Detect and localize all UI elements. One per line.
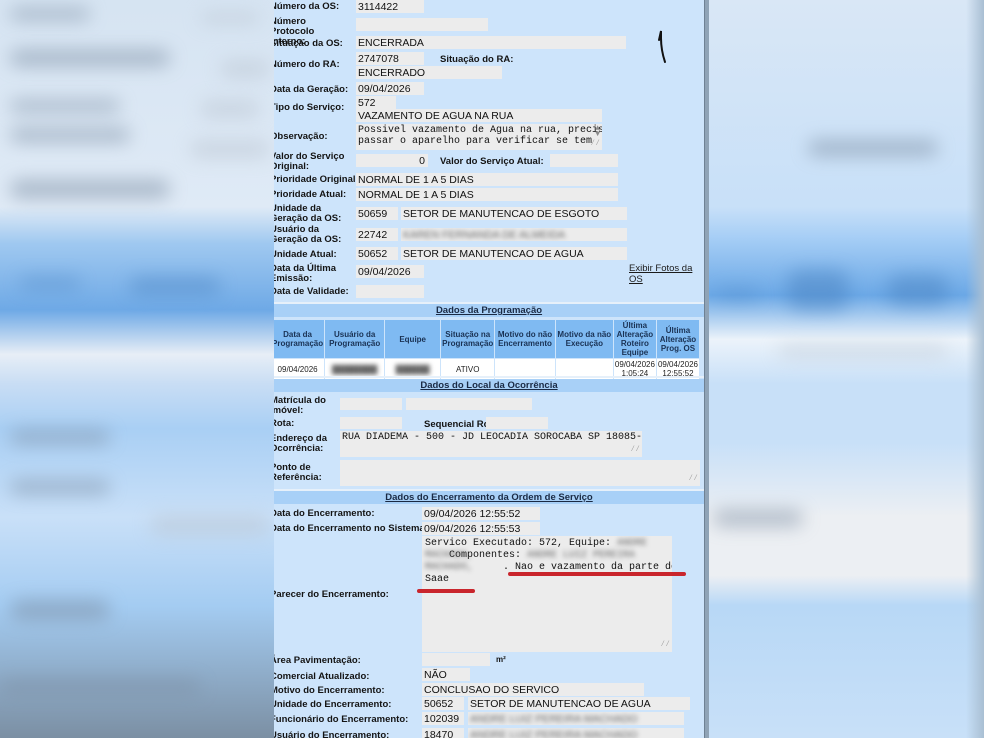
endereco-textarea[interactable]: RUA DIADEMA - 500 - JD LEOCADIA SOROCABA… <box>340 431 642 457</box>
observacao-line-1: Possivel vazamento de Agua na rua, preci… <box>358 125 600 136</box>
field-motivo-encerramento[interactable]: CONCLUSAO DO SERVICO <box>422 683 644 696</box>
label-data-geracao: Data da Geração: <box>274 85 348 95</box>
unit-m2: m² <box>496 655 506 664</box>
field-numero-os[interactable]: 3114422 <box>356 0 424 13</box>
section-header-encerramento: Dados do Encerramento da Ordem de Serviç… <box>274 491 704 504</box>
parecer-line-1: Servico Executado: 572, Equipe: ANDRE <box>425 538 669 550</box>
label-observacao: Observação: <box>274 132 328 142</box>
label-funcionario-encerramento: Funcionário do Encerramento: <box>274 715 408 725</box>
field-numero-protocolo[interactable] <box>356 18 488 31</box>
pen-mark-annotation <box>655 28 671 66</box>
label-usuario-geracao: Usuário da Geração da OS: <box>274 225 352 245</box>
label-data-encerramento: Data do Encerramento: <box>274 509 375 519</box>
window-border <box>704 0 709 738</box>
field-prioridade-original[interactable]: NORMAL DE 1 A 5 DIAS <box>356 173 618 186</box>
observacao-line-2: passar o aparelho para verificar se tem <box>358 136 600 147</box>
label-data-validade: Data de Validade: <box>274 287 349 297</box>
label-area-pavimentacao: Área Pavimentação: <box>274 656 361 666</box>
resize-grip-icon[interactable]: ⁄⁄ <box>660 639 670 651</box>
parecer-textarea[interactable]: Servico Executado: 572, Equipe: ANDRE MA… <box>422 536 672 652</box>
col-data-programacao: Data da Programação <box>274 320 325 359</box>
parecer-line-2: MACHADO, Componentes: ANDRE LUIZ PEREIRA <box>425 550 669 562</box>
field-unidade-encerramento[interactable]: SETOR DE MANUTENCAO DE AGUA <box>468 697 690 710</box>
field-unidade-geracao-code[interactable]: 50659 <box>356 207 398 220</box>
field-sequencial-rota[interactable] <box>486 417 548 429</box>
red-underline-annotation <box>417 589 475 593</box>
label-situacao-ra: Situação do RA: <box>440 54 513 65</box>
field-unidade-atual[interactable]: SETOR DE MANUTENCAO DE AGUA <box>401 247 627 260</box>
field-data-encerramento[interactable]: 09/04/2026 12:55:52 <box>422 507 540 520</box>
label-prioridade-atual: Prioridade Atual: <box>274 190 346 200</box>
field-situacao-os[interactable]: ENCERRADA <box>356 36 626 49</box>
label-rota: Rota: <box>274 419 294 429</box>
field-funcionario-encerramento-code[interactable]: 102039 <box>422 712 464 725</box>
os-detail-panel: Número da OS: 3114422 Número Protocolo I… <box>274 0 704 738</box>
scroll-arrows-icon[interactable]: ▲▼ <box>595 126 600 138</box>
field-area-pavimentacao[interactable] <box>422 653 490 666</box>
label-parecer: Parecer do Encerramento: <box>274 590 389 600</box>
field-data-geracao[interactable]: 09/04/2026 <box>356 82 424 95</box>
resize-grip-icon[interactable]: ⁄⁄ <box>630 444 640 456</box>
field-matricula[interactable] <box>340 398 402 410</box>
exibir-fotos-link[interactable]: Exibir Fotos da OS <box>629 263 699 285</box>
blurred-background-left <box>0 0 274 738</box>
programacao-header-row: Data da Programação Usuário da Programaç… <box>274 320 700 359</box>
field-data-ultima-emissao[interactable]: 09/04/2026 <box>356 265 424 278</box>
field-valor-original[interactable]: 0 <box>356 154 428 167</box>
label-unidade-encerramento: Unidade do Encerramento: <box>274 700 391 710</box>
field-rota[interactable] <box>340 417 402 429</box>
label-tipo-servico: Tipo do Serviço: <box>274 103 344 113</box>
label-usuario-encerramento: Usuário do Encerramento: <box>274 731 389 738</box>
label-valor-original: Valor do Serviço Original: <box>274 152 350 172</box>
label-data-ultima-emissao: Data da Última Emissão: <box>274 264 350 284</box>
field-numero-ra[interactable]: 2747078 <box>356 52 424 65</box>
field-tipo-servico[interactable]: VAZAMENTO DE AGUA NA RUA <box>356 109 602 122</box>
col-motivo-nao-encerramento: Motivo do não Encerramento <box>495 320 555 359</box>
observacao-textarea[interactable]: Possivel vazamento de Agua na rua, preci… <box>356 124 602 150</box>
field-funcionario-encerramento[interactable]: ANDRE LUIZ PEREIRA MACHADO <box>468 712 684 725</box>
label-valor-atual: Valor do Serviço Atual: <box>440 156 544 167</box>
section-separator <box>274 376 704 378</box>
label-data-sistema: Data do Encerramento no Sistema: <box>274 524 428 534</box>
blurred-background-right <box>708 0 984 738</box>
field-usuario-geracao[interactable]: KAREN FERNANDA DE ALMEIDA <box>401 228 627 241</box>
field-usuario-encerramento[interactable]: ANDRE LUIZ PEREIRA MACHADO <box>468 728 684 738</box>
field-matricula-2[interactable] <box>406 398 532 410</box>
label-prioridade-original: Prioridade Original: <box>274 175 359 185</box>
col-usuario-programacao: Usuário da Programação <box>325 320 385 359</box>
label-numero-os: Número da OS: <box>274 2 339 12</box>
field-data-validade[interactable] <box>356 285 424 298</box>
ponto-referencia-textarea[interactable]: ⁄⁄ <box>340 460 700 486</box>
label-comercial-atualizado: Comercial Atualizado: <box>274 672 369 682</box>
field-unidade-encerramento-code[interactable]: 50652 <box>422 697 464 710</box>
col-motivo-nao-execucao: Motivo da não Execução <box>555 320 613 359</box>
field-tipo-servico-code[interactable]: 572 <box>356 96 396 109</box>
redacted-name: KAREN FERNANDA DE ALMEIDA <box>403 229 565 241</box>
field-data-sistema[interactable]: 09/04/2026 12:55:53 <box>422 522 540 535</box>
field-prioridade-atual[interactable]: NORMAL DE 1 A 5 DIAS <box>356 188 618 201</box>
label-unidade-geracao: Unidade da Geração da OS: <box>274 204 350 224</box>
programacao-table: Data da Programação Usuário da Programaç… <box>274 319 700 380</box>
label-unidade-atual: Unidade Atual: <box>274 250 337 260</box>
field-situacao-ra[interactable]: ENCERRADO <box>356 66 502 79</box>
field-usuario-encerramento-code[interactable]: 18470 <box>422 728 464 738</box>
resize-grip-icon[interactable]: ⁄⁄ <box>590 138 600 149</box>
label-ponto-referencia: Ponto de Referência: <box>274 463 330 483</box>
col-equipe: Equipe <box>385 320 441 359</box>
red-underline-annotation <box>508 572 686 576</box>
field-unidade-geracao[interactable]: SETOR DE MANUTENCAO DE ESGOTO <box>401 207 627 220</box>
field-usuario-geracao-code[interactable]: 22742 <box>356 228 398 241</box>
resize-grip-icon[interactable]: ⁄⁄ <box>688 473 698 485</box>
field-unidade-atual-code[interactable]: 50652 <box>356 247 398 260</box>
label-matricula: Matrícula do Imóvel: <box>274 396 330 416</box>
label-endereco: Endereço da Ocorrência: <box>274 434 330 454</box>
col-ultima-alteracao-roteiro: Última Alteração Roteiro Equipe <box>613 320 656 359</box>
col-ultima-alteracao-prog: Última Alteração Prog. OS <box>656 320 699 359</box>
field-valor-atual[interactable] <box>550 154 618 167</box>
label-motivo-encerramento: Motivo do Encerramento: <box>274 686 385 696</box>
col-situacao-programacao: Situação na Programação <box>441 320 495 359</box>
label-situacao-os: Situação da OS: <box>274 39 343 49</box>
label-numero-ra: Número do RA: <box>274 60 340 70</box>
section-header-programacao: Dados da Programação <box>274 304 704 317</box>
field-comercial-atualizado[interactable]: NÃO <box>422 668 470 681</box>
section-header-local: Dados do Local da Ocorrência <box>274 379 704 392</box>
endereco-text: RUA DIADEMA - 500 - JD LEOCADIA SOROCABA… <box>342 432 642 443</box>
